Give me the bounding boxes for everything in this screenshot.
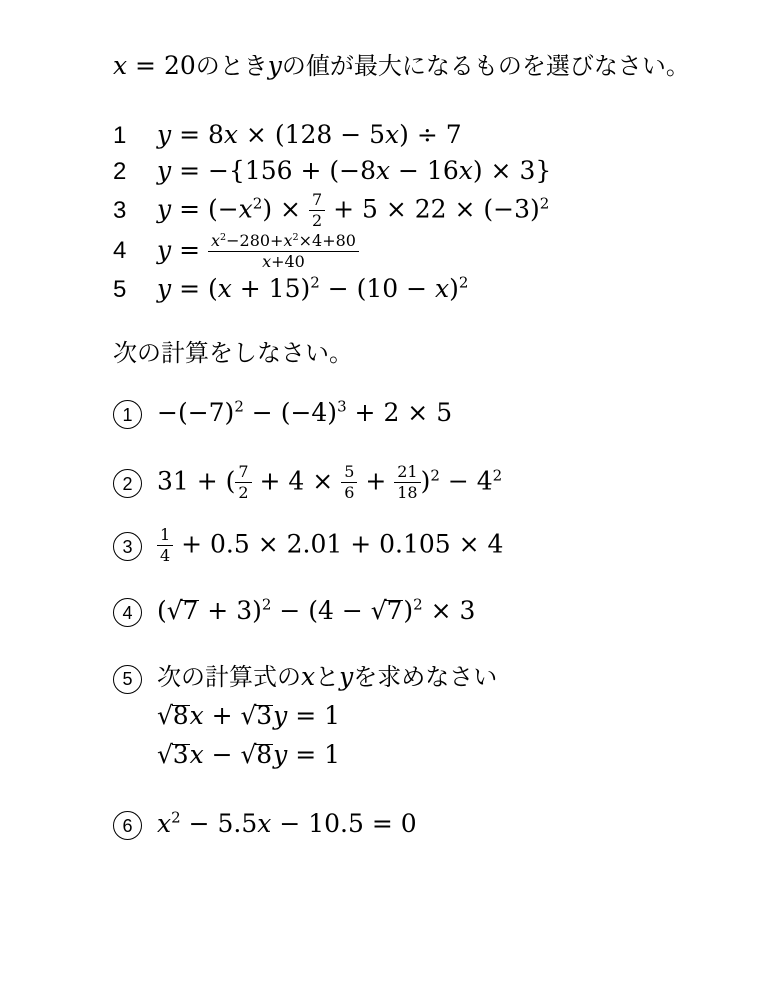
choice-number-4: 4 <box>113 236 157 266</box>
calc-equation-4: (√7 + 3)2 − (4 − √7)2 × 3 <box>157 595 475 626</box>
calc-row-3: 3 14 + 0.5 × 2.01 + 0.105 × 4 <box>113 526 746 565</box>
problem2-instruction: 次の計算をしなさい。 <box>113 337 746 369</box>
choice-equation-4: y = x2−280+x2×4+80x+40 <box>157 232 359 271</box>
calc-number-2: 2 <box>113 468 157 499</box>
calc-equation-3: 14 + 0.5 × 2.01 + 0.105 × 4 <box>157 526 503 565</box>
calc-row-4: 4 (√7 + 3)2 − (4 − √7)2 × 3 <box>113 595 746 628</box>
circled-digit-2: 2 <box>113 469 142 498</box>
calc-number-3: 3 <box>113 531 157 562</box>
circled-digit-6: 6 <box>113 811 142 840</box>
choice-number-1: 1 <box>113 121 157 151</box>
choice-equation-2: y = −{156 + (−8x − 16x) × 3} <box>157 155 551 186</box>
problem1-instruction: x = 20のときyの値が最大になるものを選びなさい。 <box>113 50 746 82</box>
calc-equation-6: x2 − 5.5x − 10.5 = 0 <box>157 808 417 839</box>
choice-equation-3: y = (−x2) × 72 + 5 × 22 × (−3)2 <box>157 191 549 230</box>
choice-number-5: 5 <box>113 275 157 305</box>
calc-row-2: 2 31 + (72 + 4 × 56 + 2118)2 − 42 <box>113 463 746 502</box>
circled-digit-1: 1 <box>113 400 142 429</box>
calc-row-6: 6 x2 − 5.5x − 10.5 = 0 <box>113 808 746 841</box>
calc-5-equation-a: √8x + √3y = 1 <box>157 700 497 731</box>
choice-row-5: 5 y = (x + 15)2 − (10 − x)2 <box>113 273 746 305</box>
calc-5-equation-b: √3x − √8y = 1 <box>157 739 497 770</box>
circled-digit-5: 5 <box>113 665 142 694</box>
choice-row-2: 2 y = −{156 + (−8x − 16x) × 3} <box>113 155 746 187</box>
circled-digit-3: 3 <box>113 532 142 561</box>
choice-row-4: 4 y = x2−280+x2×4+80x+40 <box>113 232 746 271</box>
choice-row-3: 3 y = (−x2) × 72 + 5 × 22 × (−3)2 <box>113 191 746 230</box>
circled-digit-4: 4 <box>113 598 142 627</box>
calc-5-instruction: 次の計算式のxとyを求めなさい <box>157 661 497 693</box>
calc-number-5: 5 <box>113 663 157 694</box>
worksheet-page: x = 20のときyの値が最大になるものを選びなさい。 1 y = 8x × (… <box>0 0 776 998</box>
calc-equation-2: 31 + (72 + 4 × 56 + 2118)2 − 42 <box>157 463 502 502</box>
choice-row-1: 1 y = 8x × (128 − 5x) ÷ 7 <box>113 119 746 151</box>
choice-equation-1: y = 8x × (128 − 5x) ÷ 7 <box>157 119 462 150</box>
calc-number-6: 6 <box>113 810 157 841</box>
calc-row-1: 1 −(−7)2 − (−4)3 + 2 × 5 <box>113 397 746 430</box>
choice-number-2: 2 <box>113 157 157 187</box>
calc-row-5: 5 次の計算式のxとyを求めなさい √8x + √3y = 1 √3x − √8… <box>113 661 746 770</box>
calc-equation-1: −(−7)2 − (−4)3 + 2 × 5 <box>157 397 452 428</box>
choice-equation-5: y = (x + 15)2 − (10 − x)2 <box>157 273 468 304</box>
calc-number-4: 4 <box>113 597 157 628</box>
calc-number-1: 1 <box>113 399 157 430</box>
choice-number-3: 3 <box>113 196 157 226</box>
calc-5-block: 次の計算式のxとyを求めなさい √8x + √3y = 1 √3x − √8y … <box>157 661 497 770</box>
